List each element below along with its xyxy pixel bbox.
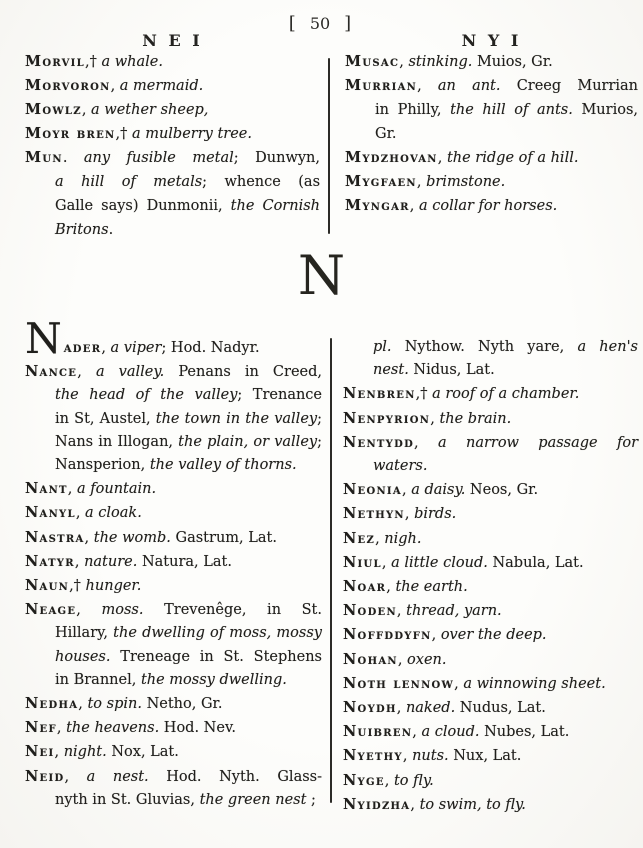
headword: Natyr: [25, 553, 75, 570]
entry-line: Morvil,† a whale.: [25, 50, 320, 74]
scanned-dictionary-page: N E I [50] N Y I Morvil,† a whale.Morvor…: [0, 0, 643, 848]
column-top-left: Morvil,† a whale.Morvoron, a mermaid.Mow…: [25, 50, 320, 242]
definition-italic: the hill of ants.: [450, 102, 573, 118]
entry-text: Hod. Nev.: [159, 720, 236, 736]
entry-line: Mydzhovan, the ridge of a hill.: [345, 146, 638, 170]
entry-text: ,: [82, 102, 91, 118]
definition-italic: thread, yarn.: [406, 603, 502, 619]
entry-line: Nef, the heavens. Hod. Nev.: [25, 716, 322, 740]
definition-italic: a cloak.: [85, 505, 142, 521]
definition-italic: an ant.: [438, 78, 501, 94]
entry-line: Myngar, a collar for horses.: [345, 194, 638, 218]
entry-line: Britons.: [25, 218, 320, 242]
entry-text: Nans in Illogan,: [55, 434, 178, 450]
definition-italic: any fusible metal: [84, 150, 234, 166]
entry-text: ; Hod. Nadyr.: [161, 340, 259, 356]
definition-italic: pl.: [373, 339, 392, 355]
entry-line: Nyethy, nuts. Nux, Lat.: [343, 744, 638, 768]
headword: Myngar: [345, 197, 410, 214]
column-bottom-right: pl. Nythow. Nyth yare, a hen'snest. Nidu…: [343, 336, 638, 817]
definition-italic: to spin.: [87, 696, 141, 712]
headword: ader: [64, 339, 102, 356]
entry-text: Gr.: [375, 126, 397, 142]
headword: Nyge: [343, 772, 385, 789]
headword: Nef: [25, 719, 57, 736]
entry-text: ,: [57, 720, 66, 736]
entry-text: Gastrum, Lat.: [171, 530, 277, 546]
definition-italic: a narrow passage for: [438, 435, 638, 451]
dictionary-entry: Nyge, to fly.: [343, 769, 638, 793]
definition-italic: to fly.: [394, 773, 434, 789]
headword: Nyethy: [343, 747, 403, 764]
entry-line: Nuibren, a cloud. Nubes, Lat.: [343, 720, 638, 744]
entry-line: Mygfaen, brimstone.: [345, 170, 638, 194]
headword: Neonia: [343, 481, 402, 498]
entry-text: ; whence (as: [202, 174, 320, 190]
dictionary-entry: Mydzhovan, the ridge of a hill.: [345, 146, 638, 170]
definition-italic: a viper: [111, 340, 162, 356]
entry-text: Hod. Nyth. Glass-: [149, 769, 322, 785]
entry-text: ,: [68, 481, 77, 497]
entry-text: ;: [317, 434, 322, 450]
definition-italic: the heavens.: [66, 720, 159, 736]
entry-text: Nythow. Nyth yare,: [392, 339, 578, 355]
entry-line: Nader, a viper; Hod. Nadyr.: [25, 336, 322, 360]
headword: Noden: [343, 602, 397, 619]
entry-line: Mun. any fusible metal; Dunwyn,: [25, 146, 320, 170]
definition-italic: a valley.: [96, 364, 164, 380]
entry-line: Hillary, the dwelling of moss, mossy: [25, 622, 322, 645]
dictionary-entry: Natyr, nature. Natura, Lat.: [25, 550, 322, 574]
drop-cap-letter: N: [25, 314, 62, 363]
entry-text: ; Dunwyn,: [234, 150, 320, 166]
dictionary-entry: Neonia, a daisy. Neos, Gr.: [343, 478, 638, 502]
entry-line: in St, Austel, the town in the valley;: [25, 408, 322, 431]
headword: Nethyn: [343, 505, 405, 522]
definition-italic: Britons: [55, 222, 109, 238]
definition-italic: a collar for horses.: [419, 198, 557, 214]
headword: Nedha: [25, 695, 78, 712]
definition-italic: brimstone.: [426, 174, 505, 190]
headword: Nohan: [343, 651, 398, 668]
definition-italic: stinking.: [408, 54, 472, 70]
entry-text: Nidus, Lat.: [409, 362, 495, 378]
entry-line: Gr.: [345, 122, 638, 146]
entry-text: ,: [417, 78, 438, 94]
dictionary-entry: Nyidzha, to swim, to fly.: [343, 793, 638, 817]
entry-text: Galle says) Dunmonii,: [55, 198, 231, 214]
dictionary-entry: Nenpyrion, the brain.: [343, 407, 638, 431]
dictionary-entry: Moyr bren,† a mulberry tree.: [25, 122, 320, 146]
entry-text: ;: [317, 411, 322, 427]
entry-text: ,: [77, 364, 96, 380]
entry-text: Netho, Gr.: [142, 696, 223, 712]
entry-line: nyth in St. Gluvias, the green nest ;: [25, 789, 322, 812]
entry-line: Niul, a little cloud. Nabula, Lat.: [343, 551, 638, 575]
definition-italic: a wether sheep,: [91, 102, 208, 118]
entry-text: ,: [454, 676, 463, 692]
entry-text: ,†: [69, 578, 85, 594]
entry-line: Neid, a nest. Hod. Nyth. Glass-: [25, 765, 322, 789]
entry-line: Moyr bren,† a mulberry tree.: [25, 122, 320, 146]
definition-italic: nigh.: [384, 531, 421, 547]
dictionary-entry: Noth lennow, a winnowing sheet.: [343, 672, 638, 696]
entry-text: ,: [382, 555, 391, 571]
entry-text: Nox, Lat.: [107, 744, 179, 760]
definition-italic: hunger.: [86, 578, 142, 594]
entry-text: ,†: [416, 386, 432, 402]
entry-line: Morvoron, a mermaid.: [25, 74, 320, 98]
headword: Nez: [343, 530, 375, 547]
entry-line: Noar, the earth.: [343, 575, 638, 599]
entry-line: Nyidzha, to swim, to fly.: [343, 793, 638, 817]
entry-line: Musac, stinking. Muios, Gr.: [345, 50, 638, 74]
entry-text: ,: [397, 700, 406, 716]
entry-line: Nanyl, a cloak.: [25, 501, 322, 525]
headword: Nenbren: [343, 385, 416, 402]
definition-italic: a hen's: [577, 339, 638, 355]
definition-italic: the Cornish: [231, 198, 320, 214]
dictionary-entry: Mowlz, a wether sheep,: [25, 98, 320, 122]
entry-text: Natura, Lat.: [137, 554, 232, 570]
headword: Nei: [25, 743, 54, 760]
dictionary-entry: Noden, thread, yarn.: [343, 599, 638, 623]
column-top-right: Musac, stinking. Muios, Gr.Murrian, an a…: [345, 50, 638, 218]
entry-text: ,: [417, 174, 426, 190]
entry-text: Treneage in St. Stephens: [110, 649, 322, 665]
entry-text: ,: [111, 78, 120, 94]
dictionary-entry: Morvoron, a mermaid.: [25, 74, 320, 98]
entry-text: Muios, Gr.: [472, 54, 552, 70]
definition-italic: night.: [64, 744, 107, 760]
running-head-right: N Y I: [345, 31, 638, 50]
definition-italic: the plain, or valley: [178, 434, 317, 450]
definition-italic: birds.: [414, 506, 456, 522]
dictionary-entry: Neid, a nest. Hod. Nyth. Glass-nyth in S…: [25, 765, 322, 812]
dictionary-entry: Noffddyfn, over the deep.: [343, 623, 638, 647]
dictionary-entry: Nohan, oxen.: [343, 648, 638, 672]
entry-line: the head of the valley; Trenance: [25, 384, 322, 407]
entry-line: Nentydd, a narrow passage for: [343, 431, 638, 455]
dictionary-entry: Nant, a fountain.: [25, 477, 322, 501]
entry-line: in Brannel, the mossy dwelling.: [25, 669, 322, 692]
dictionary-entry: Musac, stinking. Muios, Gr.: [345, 50, 638, 74]
definition-italic: the ridge of a hill.: [447, 150, 579, 166]
definition-italic: nest.: [373, 362, 409, 378]
entry-text: ,: [64, 769, 86, 785]
entry-line: Nastra, the womb. Gastrum, Lat.: [25, 526, 322, 550]
dictionary-entry: Nei, night. Nox, Lat.: [25, 740, 322, 764]
dictionary-entry: Neage, moss. Trevenêge, in St.Hillary, t…: [25, 598, 322, 692]
section-letter: N: [0, 248, 643, 304]
entry-text: ,: [438, 150, 447, 166]
entry-text: ,: [405, 506, 414, 522]
entry-line: Nez, nigh.: [343, 527, 638, 551]
entry-line: Neage, moss. Trevenêge, in St.: [25, 598, 322, 622]
dictionary-entry: Nedha, to spin. Netho, Gr.: [25, 692, 322, 716]
entry-text: Nubes, Lat.: [479, 724, 569, 740]
dictionary-entry: Nez, nigh.: [343, 527, 638, 551]
definition-italic: the town in the valley: [156, 411, 317, 427]
entry-text: ,: [403, 748, 412, 764]
definition-italic: the head of the valley: [55, 387, 237, 403]
dictionary-entry: Myngar, a collar for horses.: [345, 194, 638, 218]
entry-text: Penans in Creed,: [164, 364, 322, 380]
headword: Morvil: [25, 53, 85, 70]
bracket-open: [: [275, 13, 310, 34]
entry-line: Nans in Illogan, the plain, or valley;: [25, 431, 322, 454]
entry-text: ,: [412, 724, 421, 740]
definition-italic: a hill of metals: [55, 174, 202, 190]
entry-text: ,: [402, 482, 411, 498]
definition-italic: a mermaid.: [120, 78, 203, 94]
definition-italic: a winnowing sheet.: [463, 676, 605, 692]
entry-line: Nenpyrion, the brain.: [343, 407, 638, 431]
entry-text: ,: [410, 198, 419, 214]
dictionary-entry: Murrian, an ant. Creeg Murrianin Philly,…: [345, 74, 638, 146]
headword: Nant: [25, 480, 68, 497]
entry-line: Nance, a valley. Penans in Creed,: [25, 360, 322, 384]
entry-line: Mowlz, a wether sheep,: [25, 98, 320, 122]
entry-text: in Brannel,: [55, 672, 141, 688]
entry-line: Nei, night. Nox, Lat.: [25, 740, 322, 764]
entry-line: nest. Nidus, Lat.: [343, 359, 638, 382]
headword: Noth lennow: [343, 675, 454, 692]
definition-italic: waters.: [373, 458, 427, 474]
entry-text: ,†: [85, 54, 101, 70]
entry-text: in St, Austel,: [55, 411, 156, 427]
definition-italic: the womb.: [94, 530, 171, 546]
entry-text: Nansperion,: [55, 457, 150, 473]
dictionary-entry: Mygfaen, brimstone.: [345, 170, 638, 194]
entry-text: nyth in St. Gluvias,: [55, 792, 200, 808]
definition-italic: the green nest: [200, 792, 307, 808]
definition-italic: a little cloud.: [391, 555, 488, 571]
headword: Noffddyfn: [343, 626, 432, 643]
entry-line: a hill of metals; whence (as: [25, 170, 320, 194]
definition-italic: naked.: [406, 700, 455, 716]
entry-line: Nohan, oxen.: [343, 648, 638, 672]
definition-italic: nuts.: [412, 748, 449, 764]
headword: Niul: [343, 554, 382, 571]
dictionary-entry: Nef, the heavens. Hod. Nev.: [25, 716, 322, 740]
entry-text: .: [63, 150, 84, 166]
entry-text: ,: [76, 602, 101, 618]
definition-italic: a fountain.: [77, 481, 156, 497]
running-head-left-text: N E I: [142, 31, 202, 50]
entry-line: waters.: [343, 455, 638, 478]
entry-line: Neonia, a daisy. Neos, Gr.: [343, 478, 638, 502]
column-bottom-left: Nader, a viper; Hod. Nadyr.Nance, a vall…: [25, 336, 322, 812]
headword: Neage: [25, 601, 76, 618]
running-head-right-text: N Y I: [462, 31, 522, 50]
definition-italic: a cloud.: [422, 724, 480, 740]
headword: Mun: [25, 149, 63, 166]
headword: Nastra: [25, 529, 85, 546]
page-number-value: 50: [310, 14, 330, 33]
entry-line: Noth lennow, a winnowing sheet.: [343, 672, 638, 696]
definition-italic: the valley of thorns.: [150, 457, 297, 473]
entry-text: ,: [432, 627, 441, 643]
dictionary-entry: Niul, a little cloud. Nabula, Lat.: [343, 551, 638, 575]
dictionary-entry: Nentydd, a narrow passage forwaters.: [343, 431, 638, 478]
definition-italic: the dwelling of moss, mossy: [113, 625, 322, 641]
dictionary-entry: Morvil,† a whale.: [25, 50, 320, 74]
headword: Noar: [343, 578, 386, 595]
headword: Mydzhovan: [345, 149, 438, 166]
entry-text: ,: [398, 652, 407, 668]
entry-text: Hillary,: [55, 625, 113, 641]
entry-line: Galle says) Dunmonii, the Cornish: [25, 194, 320, 218]
headword: Noydh: [343, 699, 397, 716]
definition-italic: to swim, to fly.: [420, 797, 526, 813]
headword: Moyr bren: [25, 125, 115, 142]
entry-text: ,: [385, 773, 394, 789]
entry-line: houses. Treneage in St. Stephens: [25, 646, 322, 669]
entry-line: Nenbren,† a roof of a chamber.: [343, 382, 638, 406]
dictionary-entry: Naun,† hunger.: [25, 574, 322, 598]
entry-line: Murrian, an ant. Creeg Murrian: [345, 74, 638, 98]
dictionary-entry: Noydh, naked. Nudus, Lat.: [343, 696, 638, 720]
entry-line: Noffddyfn, over the deep.: [343, 623, 638, 647]
headword: Nentydd: [343, 434, 414, 451]
column-divider-rule-bottom: [330, 338, 332, 803]
column-divider-rule-top: [328, 58, 330, 234]
dictionary-entry: Noar, the earth.: [343, 575, 638, 599]
headword: Morvoron: [25, 77, 111, 94]
entry-text: ,: [76, 505, 85, 521]
dictionary-entry: Mun. any fusible metal; Dunwyn,a hill of…: [25, 146, 320, 242]
definition-italic: nature.: [84, 554, 137, 570]
definition-italic: a whale.: [101, 54, 162, 70]
headword: Nenpyrion: [343, 410, 430, 427]
headword: Naun: [25, 577, 69, 594]
headword: Nanyl: [25, 504, 76, 521]
entry-text: Creeg Murrian: [501, 78, 639, 94]
entry-text: .: [109, 222, 114, 238]
entry-line: Nansperion, the valley of thorns.: [25, 454, 322, 477]
headword: Nuibren: [343, 723, 412, 740]
definition-italic: a daisy.: [411, 482, 465, 498]
entry-text: ,: [54, 744, 63, 760]
dictionary-entry: Nanyl, a cloak.: [25, 501, 322, 525]
entry-line: pl. Nythow. Nyth yare, a hen's: [343, 336, 638, 359]
entry-text: ,†: [115, 126, 131, 142]
entry-line: Noden, thread, yarn.: [343, 599, 638, 623]
entry-text: ,: [414, 435, 438, 451]
definition-italic: moss.: [102, 602, 144, 618]
entry-text: ,: [375, 531, 384, 547]
headword: Nance: [25, 363, 77, 380]
entry-text: ,: [101, 340, 110, 356]
entry-line: in Philly, the hill of ants. Murios,: [345, 98, 638, 122]
entry-line: Nyge, to fly.: [343, 769, 638, 793]
dictionary-entry: Nenbren,† a roof of a chamber.: [343, 382, 638, 406]
entry-line: Nedha, to spin. Netho, Gr.: [25, 692, 322, 716]
headword: Nyidzha: [343, 796, 410, 813]
definition-italic: a nest.: [87, 769, 149, 785]
entry-text: ,: [85, 530, 94, 546]
dictionary-entry: Nader, a viper; Hod. Nadyr.: [25, 336, 322, 360]
dictionary-entry: pl. Nythow. Nyth yare, a hen'snest. Nidu…: [343, 336, 638, 382]
dictionary-entry: Nastra, the womb. Gastrum, Lat.: [25, 526, 322, 550]
dictionary-entry: Nethyn, birds.: [343, 502, 638, 526]
definition-italic: over the deep.: [441, 627, 547, 643]
definition-italic: a mulberry tree.: [132, 126, 252, 142]
headword: Musac: [345, 53, 399, 70]
entry-text: in Philly,: [375, 102, 450, 118]
entry-text: Neos, Gr.: [465, 482, 538, 498]
entry-text: ,: [75, 554, 84, 570]
entry-line: Naun,† hunger.: [25, 574, 322, 598]
entry-line: Nethyn, birds.: [343, 502, 638, 526]
entry-text: Nudus, Lat.: [455, 700, 546, 716]
definition-italic: the brain.: [439, 411, 511, 427]
dictionary-entry: Nuibren, a cloud. Nubes, Lat.: [343, 720, 638, 744]
dictionary-entry: Nyethy, nuts. Nux, Lat.: [343, 744, 638, 768]
entry-text: ; Trenance: [237, 387, 322, 403]
entry-line: Noydh, naked. Nudus, Lat.: [343, 696, 638, 720]
entry-text: ,: [410, 797, 419, 813]
headword: Mygfaen: [345, 173, 417, 190]
definition-italic: the mossy dwelling.: [141, 672, 287, 688]
headword: Mowlz: [25, 101, 82, 118]
entry-text: Murios,: [573, 102, 638, 118]
headword: Neid: [25, 768, 64, 785]
entry-text: ,: [397, 603, 406, 619]
entry-line: Nant, a fountain.: [25, 477, 322, 501]
entry-text: Nabula, Lat.: [488, 555, 584, 571]
entry-text: Trevenêge, in St.: [144, 602, 323, 618]
definition-italic: a roof of a chamber.: [432, 386, 579, 402]
dictionary-entry: Nance, a valley. Penans in Creed,the hea…: [25, 360, 322, 477]
entry-line: Natyr, nature. Natura, Lat.: [25, 550, 322, 574]
headword: Murrian: [345, 77, 417, 94]
definition-italic: houses.: [55, 649, 110, 665]
entry-text: ;: [306, 792, 316, 808]
entry-text: Nux, Lat.: [449, 748, 522, 764]
definition-italic: oxen.: [407, 652, 446, 668]
definition-italic: the earth.: [395, 579, 467, 595]
